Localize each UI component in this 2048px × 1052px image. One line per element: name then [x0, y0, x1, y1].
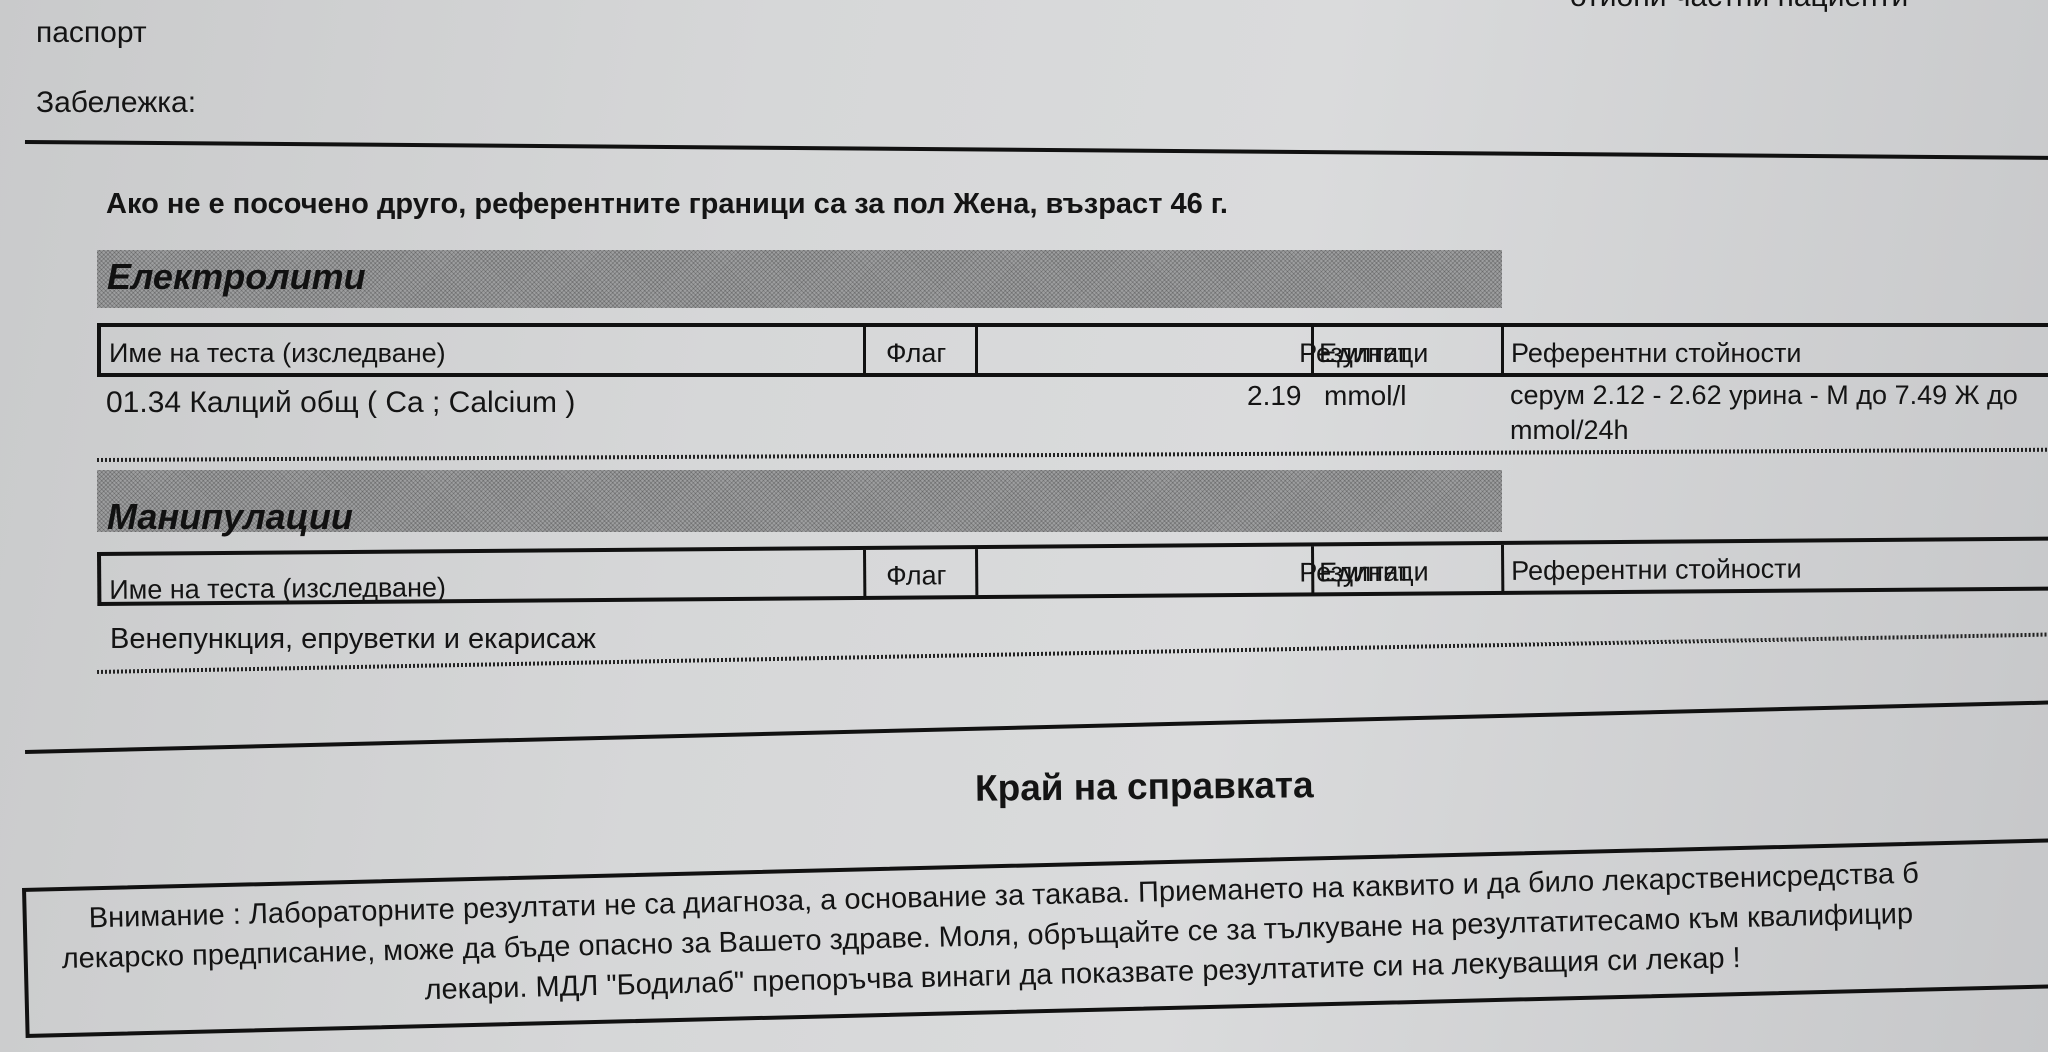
column-divider	[1501, 327, 1504, 373]
section-title: Манипулации	[107, 496, 353, 538]
test-result: 2.19	[1247, 380, 1302, 412]
divider-line	[25, 140, 2048, 160]
column-flag: Флаг	[886, 327, 946, 373]
column-flag: Флаг	[886, 549, 947, 595]
column-units: Единици	[1319, 546, 1429, 593]
column-units: Единици	[1319, 327, 1428, 373]
disclaimer-box: Внимание : Лабораторните резултати не са…	[22, 837, 2048, 1037]
table-header-manipulations: Име на теста (изследване) Флаг Резултат …	[97, 537, 2048, 606]
passport-label: паспорт	[36, 16, 147, 50]
column-reference: Референтни стойности	[1511, 543, 1802, 591]
column-divider	[863, 550, 866, 596]
column-divider	[1501, 545, 1504, 591]
column-divider	[1311, 327, 1314, 373]
reference-note: Ако не е посочено друго, референтните гр…	[106, 188, 1228, 221]
column-divider	[863, 327, 866, 373]
end-of-report-title: Край на справката	[975, 764, 1314, 810]
cut-off-header-text: отиони частни пациенти	[1570, 0, 1908, 14]
table-header-electrolytes: Име на теста (изследване) Флаг Резултат …	[97, 323, 2048, 377]
column-divider	[1311, 546, 1314, 592]
test-units: mmol/l	[1324, 380, 1406, 412]
column-divider	[975, 327, 978, 373]
section-header-manipulations: Манипулации	[97, 470, 1502, 532]
column-reference: Референтни стойности	[1511, 327, 1801, 373]
column-name: Име на теста (изследване)	[109, 561, 446, 610]
note-label: Забележка:	[36, 86, 196, 120]
test-name: Венепункция, епруветки и екарисаж	[110, 623, 596, 656]
section-header-electrolytes: Електролити	[97, 250, 1502, 308]
test-reference: серум 2.12 - 2.62 урина - М до 7.49 Ж до	[1510, 380, 2018, 411]
test-name: 01.34 Калций общ ( Ca ; Calcium )	[106, 386, 575, 420]
row-divider	[97, 448, 2048, 462]
column-divider	[975, 549, 978, 595]
test-reference-unit: mmol/24h	[1510, 415, 1629, 446]
section-title: Електролити	[107, 256, 366, 298]
column-name: Име на теста (изследване)	[109, 327, 446, 373]
divider-line	[25, 700, 2048, 754]
